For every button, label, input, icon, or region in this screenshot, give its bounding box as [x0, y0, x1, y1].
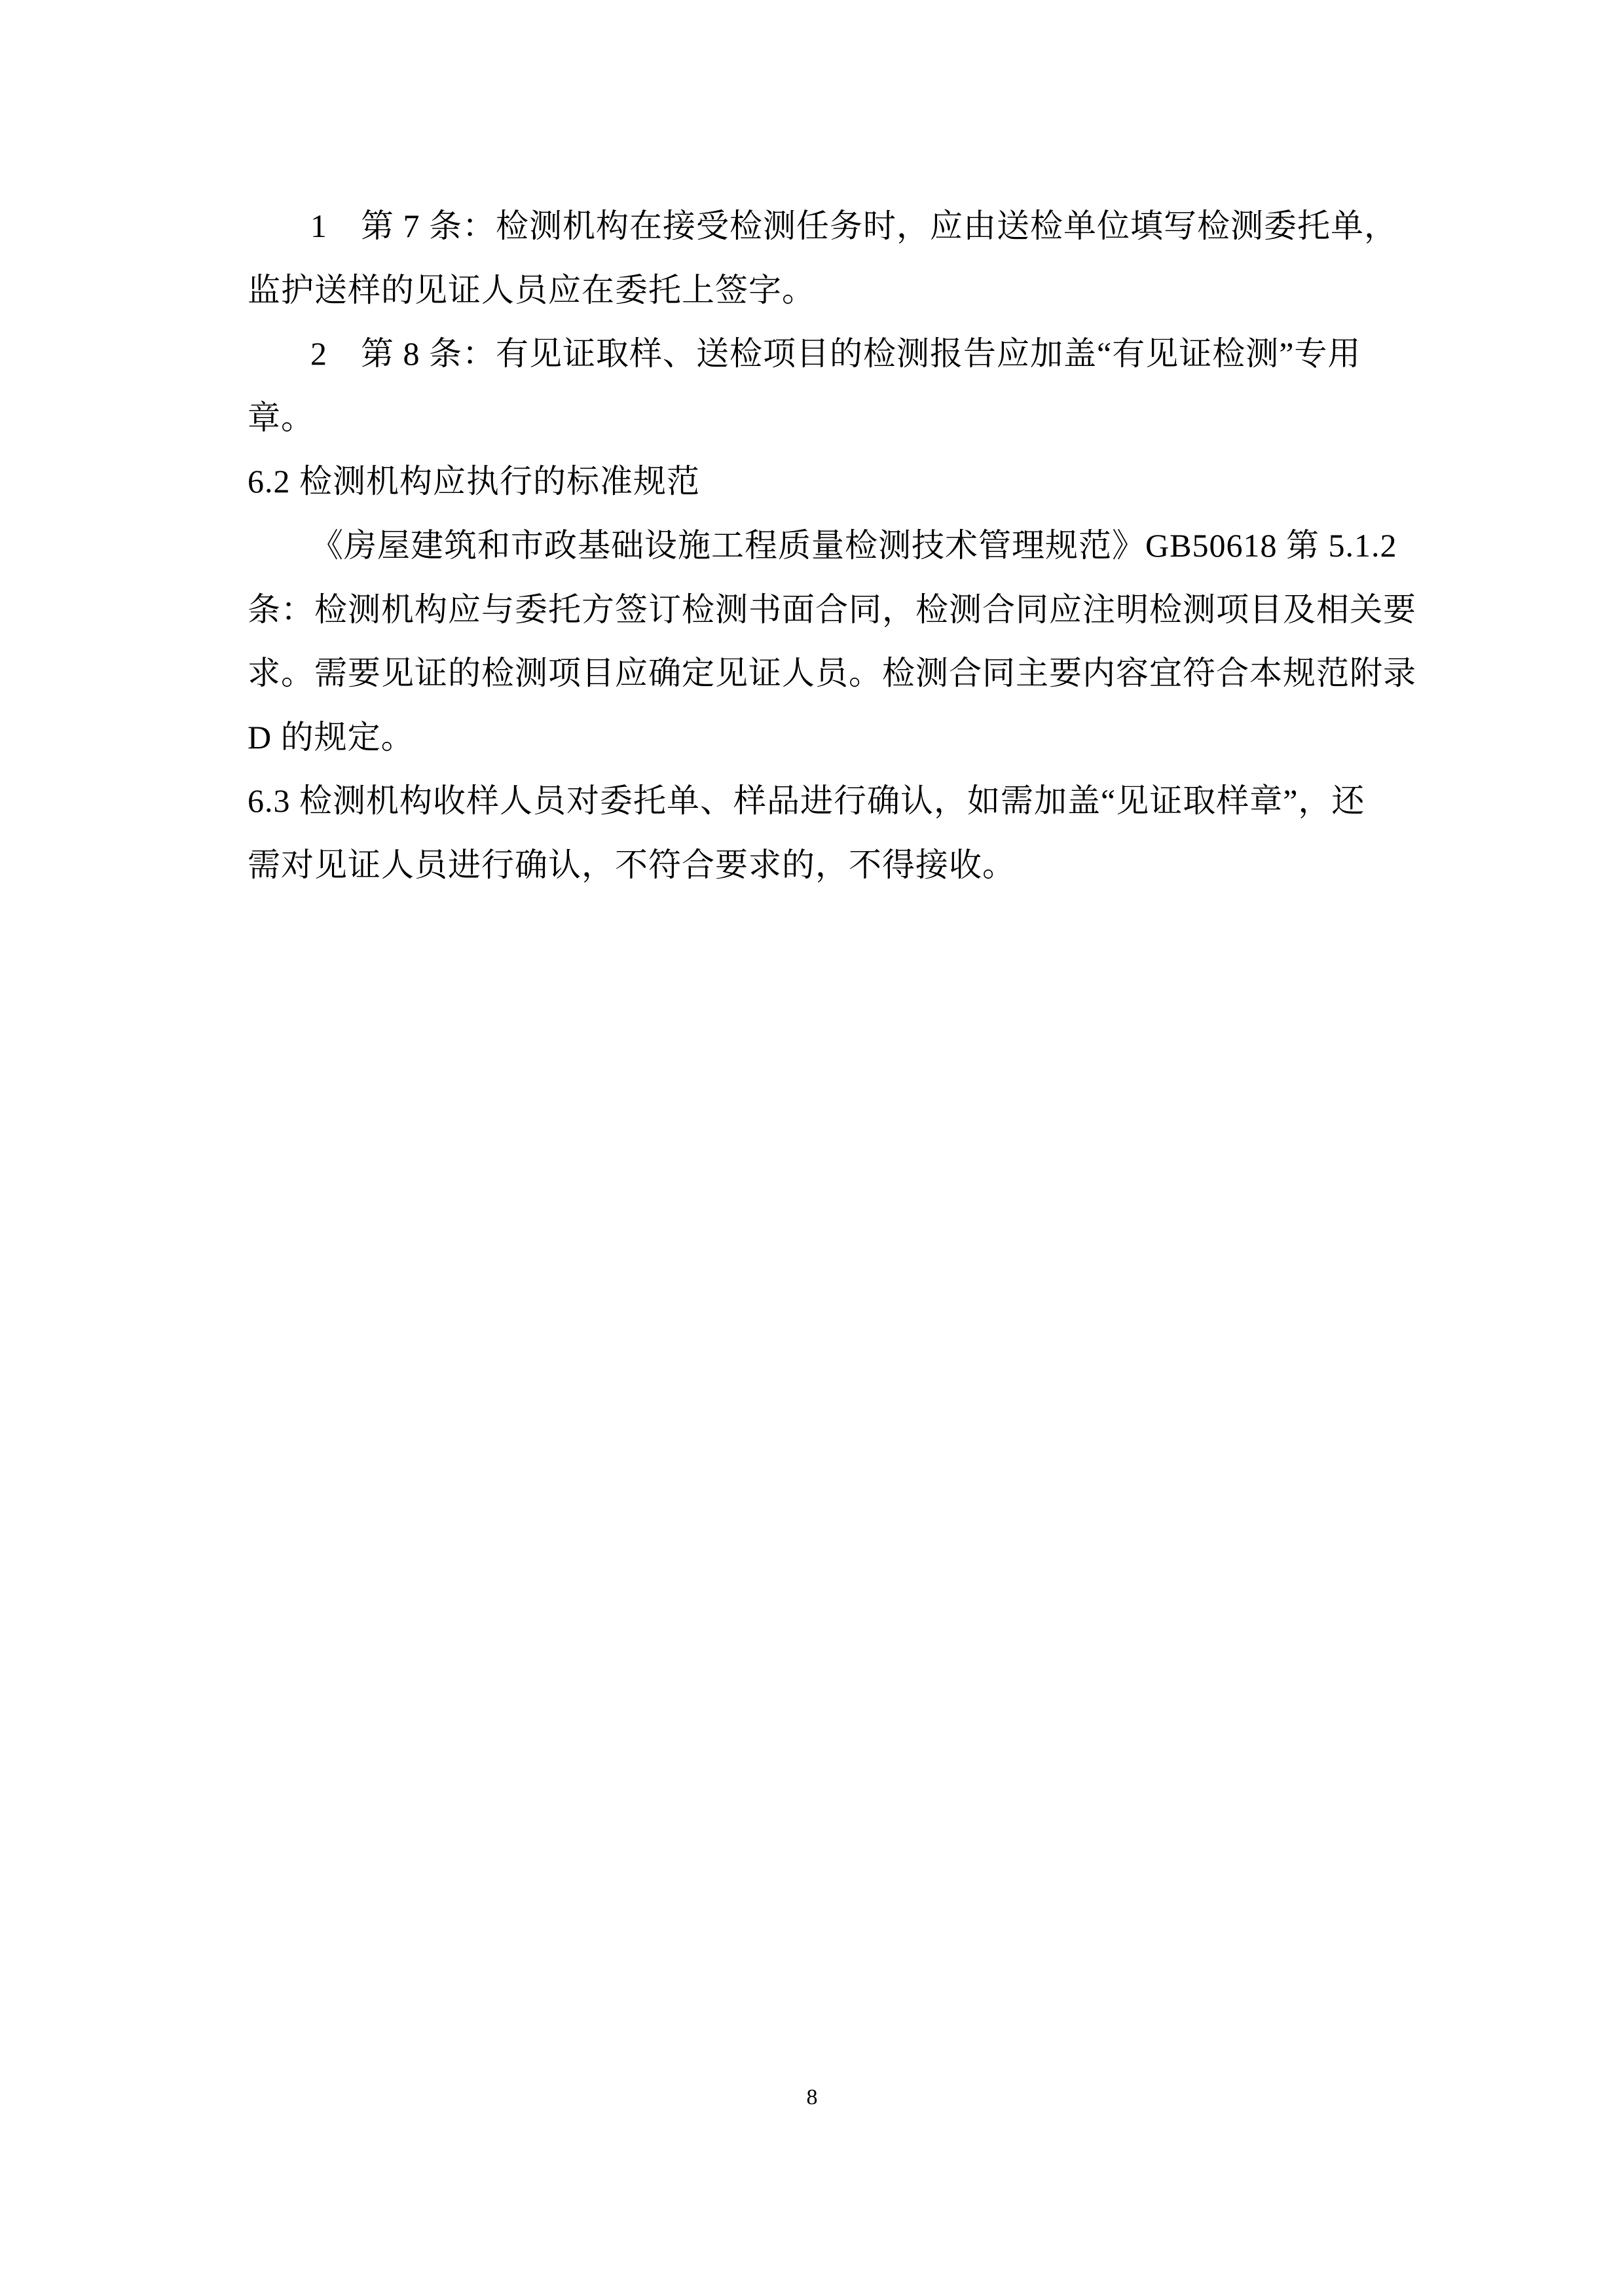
section-6-3-line-1: 6.3 检测机构收样人员对委托单、样品进行确认，如需加盖“见证取样章”，还	[248, 779, 1375, 843]
section-6-2-heading: 6.2 检测机构应执行的标准规范	[248, 460, 1375, 524]
section-6-2-line-4: D 的规定。	[248, 716, 1375, 780]
document-body: 1 第 7 条：检测机构在接受检测任务时，应由送检单位填写检测委托单， 监护送样…	[248, 204, 1375, 907]
section-6-2-line-1: 《房屋建筑和市政基础设施工程质量检测技术管理规范》GB50618 第 5.1.2	[248, 524, 1375, 588]
section-6-2-line-3: 求。需要见证的检测项目应确定见证人员。检测合同主要内容宜符合本规范附录	[248, 651, 1375, 716]
item-1-line-1: 1 第 7 条：检测机构在接受检测任务时，应由送检单位填写检测委托单，	[248, 204, 1375, 268]
item-1-line-2: 监护送样的见证人员应在委托上签字。	[248, 268, 1375, 333]
page-number: 8	[0, 2085, 1624, 2110]
section-6-3-line-2: 需对见证人员进行确认，不符合要求的，不得接收。	[248, 843, 1375, 907]
item-2-line-2: 章。	[248, 396, 1375, 460]
section-6-2-line-2: 条：检测机构应与委托方签订检测书面合同，检测合同应注明检测项目及相关要	[248, 588, 1375, 652]
item-2-line-1: 2 第 8 条：有见证取样、送检项目的检测报告应加盖“有见证检测”专用	[248, 332, 1375, 396]
